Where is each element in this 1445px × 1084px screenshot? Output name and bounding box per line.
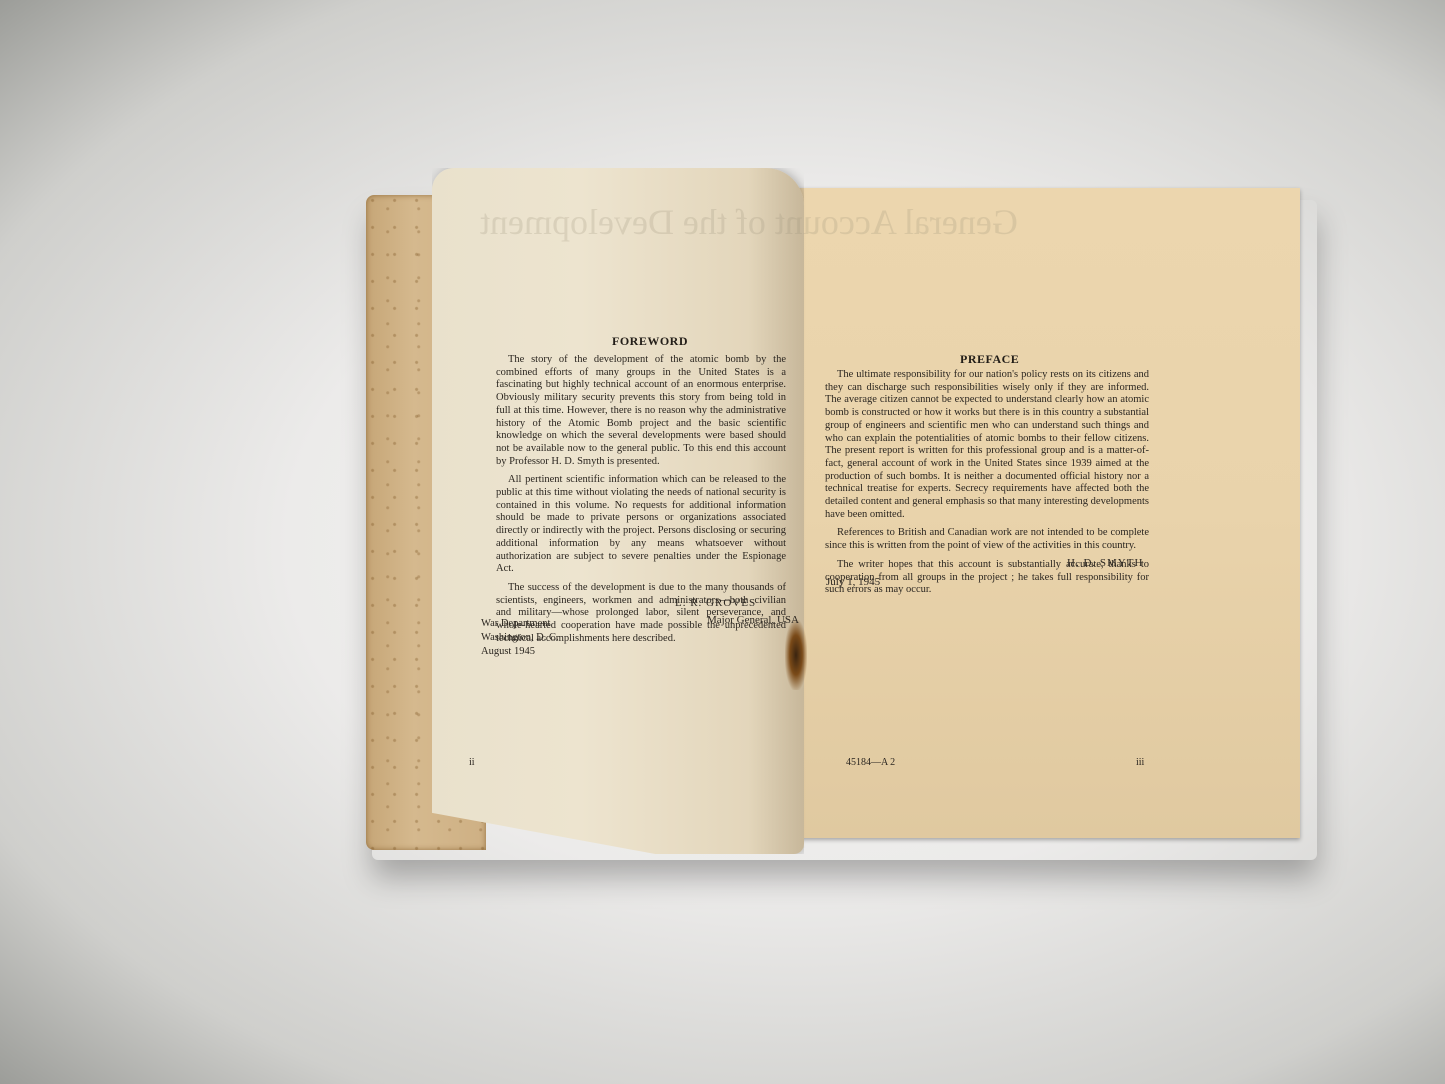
foreword-paragraph: The story of the development of the atom… <box>496 354 786 468</box>
foreword-place-line2: Washington, D. C. <box>481 632 559 643</box>
left-page-number: ii <box>469 757 475 768</box>
show-through-text: General Account of the Development <box>480 205 1018 239</box>
preface-paragraph: The ultimate responsibility for our nati… <box>825 369 1149 521</box>
foreword-paragraph: All pertinent scientific information whi… <box>496 474 786 576</box>
preface-heading: PREFACE <box>960 352 1019 367</box>
foreword-heading: FOREWORD <box>612 334 688 349</box>
foreword-signature-name: L. R. GROVES <box>675 597 756 609</box>
preface-signature-name: H. D. SMYTH <box>1067 557 1143 569</box>
foreword-place-line1: War Department <box>481 618 550 629</box>
foreword-signature-title: Major General, USA <box>707 614 799 626</box>
preface-paragraph: References to British and Canadian work … <box>825 527 1149 552</box>
right-page-number: iii <box>1136 757 1144 768</box>
foreword-date: August 1945 <box>481 646 535 657</box>
burn-mark <box>785 620 807 690</box>
preface-date: July 1, 1945 <box>826 576 880 588</box>
printer-code: 45184—A 2 <box>846 757 895 768</box>
